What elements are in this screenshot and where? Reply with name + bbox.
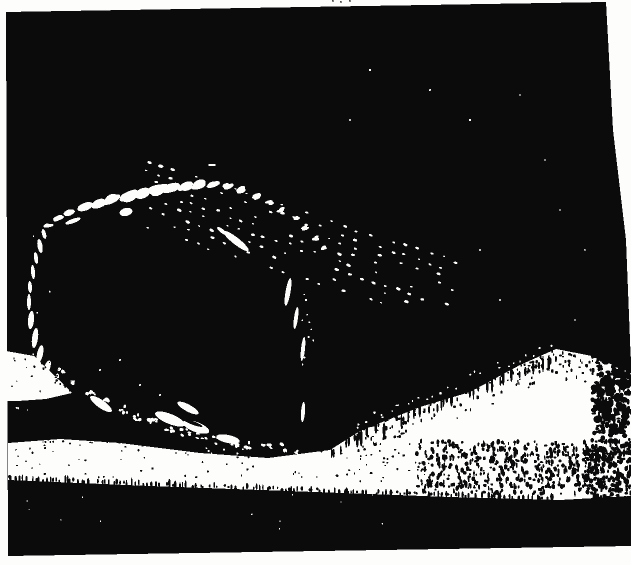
binarized-photo [0, 0, 631, 565]
page [0, 0, 631, 565]
photo-figure [0, 0, 631, 565]
